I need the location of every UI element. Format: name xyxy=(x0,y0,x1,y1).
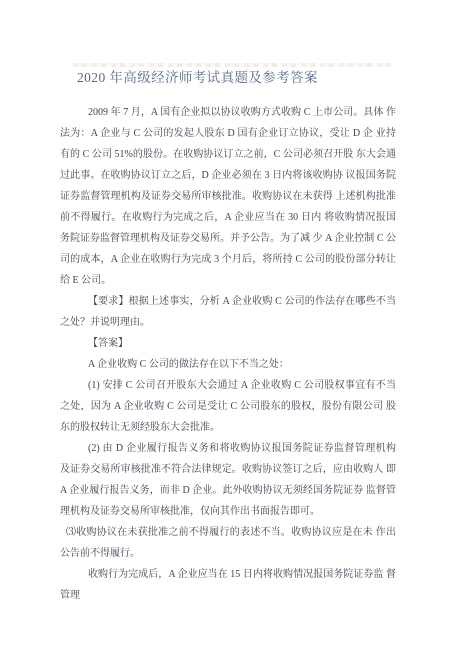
paragraph-answer-label: 【答案】 xyxy=(60,333,396,354)
paragraph-answer-point-2: (2) 由 D 企业履行报告义务和将收购协议报国务院证券监督管理机构 及证券交易… xyxy=(60,438,396,522)
paragraph-answer-point-1: (1) 安排 C 公司召开股东大会通过 A 企业收购 C 公司股权事宜有不当 之… xyxy=(60,375,396,438)
paragraph-requirement: 【要求】根据上述事实，分析 A 企业收购 C 公司的作法存在哪些不当 之处？并说… xyxy=(60,291,396,333)
document-title: 2020 年高级经济师考试真题及参考答案 xyxy=(77,68,417,88)
paragraph-answer-intro: A 企业收购 C 公司的做法存在以下不当之处： xyxy=(60,354,396,375)
scan-artifact-band xyxy=(73,63,391,67)
paragraph-answer-point-3: ⑶收购协议在未获批准之前不得履行的表述不当。收购协议应是在未 作出公告前不得履行… xyxy=(60,522,396,564)
document-page: 2020 年高级经济师考试真题及参考答案 2009 年 7 月，A 国有企业拟以… xyxy=(0,0,463,655)
document-body: 2009 年 7 月，A 国有企业拟以协议收购方式收购 C 上市公司。具体 作法… xyxy=(60,102,396,606)
paragraph-question-body: 2009 年 7 月，A 国有企业拟以协议收购方式收购 C 上市公司。具体 作法… xyxy=(60,102,396,291)
paragraph-answer-continuation: 收购行为完成后，A 企业应当在 15 日内将收购情况报国务院证券监 督管理 xyxy=(60,564,396,606)
